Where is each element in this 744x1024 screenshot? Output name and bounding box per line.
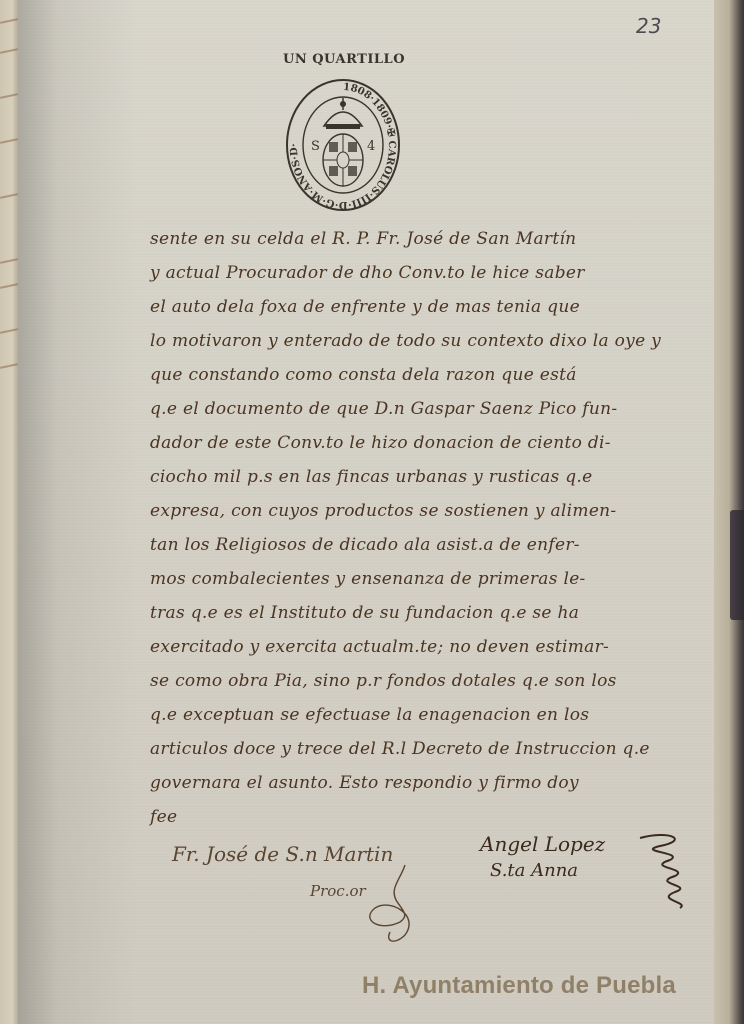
body-line: q.e el documento de que D.n Gaspar Saenz… — [150, 392, 710, 426]
binding-tab — [730, 510, 744, 620]
notary-rubric-icon — [630, 830, 700, 910]
body-line: sente en su celda el R. P. Fr. José de S… — [150, 222, 710, 256]
body-line: exercitado y exercita actualm.te; no dev… — [150, 630, 710, 664]
seal-icon: 1808·1809·✠ CAROLUS·IIII·D·G·M·AÑOS·D· S… — [284, 78, 402, 212]
body-line: fee — [150, 800, 710, 834]
body-line: expresa, con cuyos productos se sostiene… — [150, 494, 710, 528]
signature-angel-lopez: Angel Lopez — [480, 832, 605, 856]
rubric-flourish-icon — [350, 860, 430, 950]
body-line: articulos doce y trece del R.l Decreto d… — [150, 732, 710, 766]
body-line: governara el asunto. Esto respondio y fi… — [150, 766, 710, 800]
body-line: dador de este Conv.to le hizo donacion d… — [150, 426, 710, 460]
seal-letter-right: 4 — [367, 139, 375, 154]
body-line: que constando como consta dela razon que… — [150, 358, 710, 392]
body-line: lo motivaron y enterado de todo su conte… — [150, 324, 710, 358]
body-line: mos combalecientes y ensenanza de primer… — [150, 562, 710, 596]
body-line: tras q.e es el Instituto de su fundacion… — [150, 596, 710, 630]
body-line: ciocho mil p.s en las fincas urbanas y r… — [150, 460, 710, 494]
stamp-header: UN QUARTILLO — [274, 52, 414, 67]
signature-santa-anna: S.ta Anna — [490, 860, 578, 881]
body-line: q.e exceptuan se efectuase la enagenacio… — [150, 698, 710, 732]
body-line: se como obra Pia, sino p.r fondos dotale… — [150, 664, 710, 698]
archive-watermark: H. Ayuntamiento de Puebla — [362, 972, 676, 1000]
royal-seal-stamp: 1808·1809·✠ CAROLUS·IIII·D·G·M·AÑOS·D· S… — [284, 78, 402, 212]
body-line: tan los Religiosos de dicado ala asist.a… — [150, 528, 710, 562]
folio-number: 23 — [636, 14, 661, 38]
adjacent-page-edge — [0, 0, 20, 1024]
body-line: el auto dela foxa de enfrente y de mas t… — [150, 290, 710, 324]
signature-block: Fr. José de S.n Martin Proc.or Angel Lop… — [160, 830, 700, 950]
manuscript-body: sente en su celda el R. P. Fr. José de S… — [150, 222, 710, 834]
body-line: y actual Procurador de dho Conv.to le hi… — [150, 256, 710, 290]
seal-letter-left: S — [311, 139, 320, 154]
